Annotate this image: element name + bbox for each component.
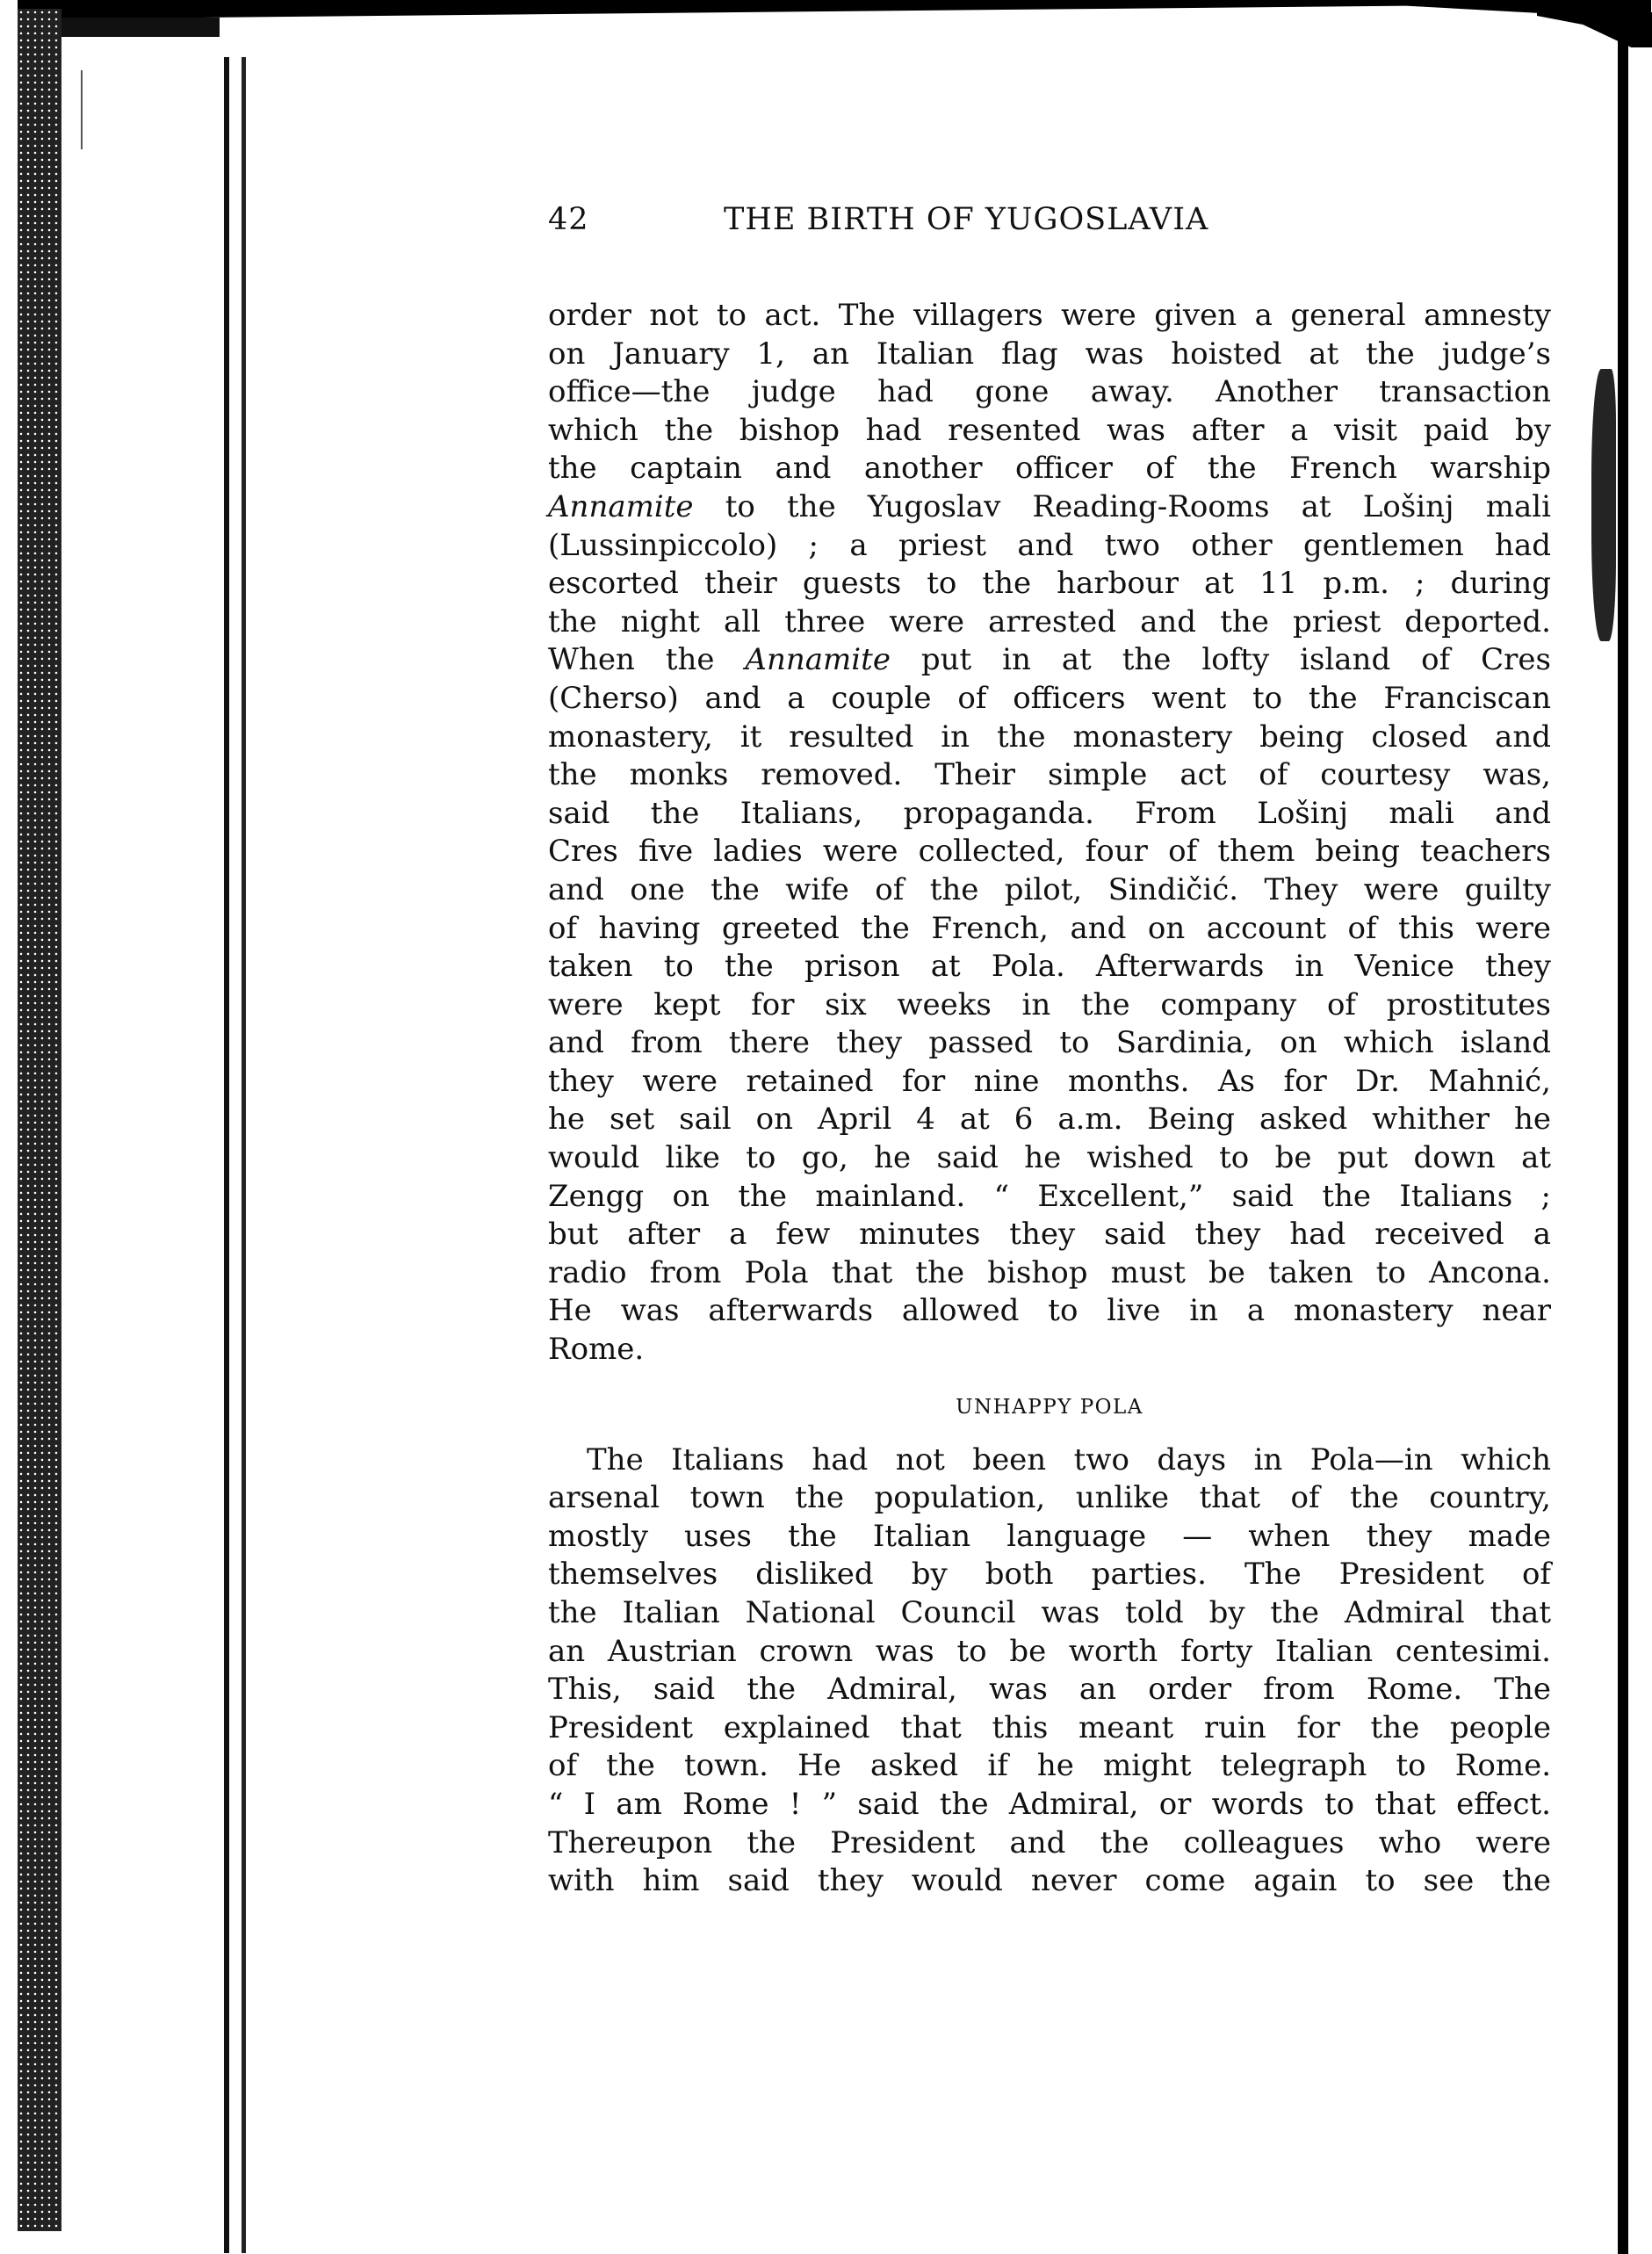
text-line: were kept for six weeks in the company o… [548,986,1551,1025]
text-line: taken to the prison at Pola. Afterwards … [548,948,1551,986]
scan-smudge [1591,369,1616,641]
scan-page-corner [1537,12,1652,47]
text-fragment: put in at the lofty island of Cres [891,642,1551,677]
text-line: and from there they passed to Sardinia, … [548,1024,1551,1063]
paragraph-2: The Italians had not been two days in Po… [548,1441,1551,1901]
scan-top-shadow [61,18,220,37]
text-line: of the town. He asked if he might telegr… [548,1747,1551,1786]
paragraph-1: order not to act. The villagers were giv… [548,297,1551,1369]
text-line: “ I am Rome ! ” said the Admiral, or wor… [548,1786,1551,1824]
scan-spine-line [224,57,229,2253]
text-line: themselves disliked by both parties. The… [548,1556,1551,1594]
text-line: President explained that this meant ruin… [548,1709,1551,1748]
text-line: arsenal town the population, unlike that… [548,1479,1551,1518]
scan-top-edge [18,0,1651,19]
ship-name-italic: Annamite [745,642,891,677]
text-line: (Cherso) and a couple of officers went t… [548,680,1551,719]
text-line: mostly uses the Italian language — when … [548,1518,1551,1557]
text-line: with him said they would never come agai… [548,1862,1551,1901]
text-line: He was afterwards allowed to live in a m… [548,1292,1551,1331]
text-line: When the Annamite put in at the lofty is… [548,641,1551,680]
text-line: office—the judge had gone away. Another … [548,373,1551,412]
text-fragment: When the [548,642,745,677]
text-line: monastery, it resulted in the monastery … [548,719,1551,757]
book-page: 42 THE BIRTH OF YUGOSLAVIA order not to … [548,202,1551,1901]
text-line: Zengg on the mainland. “ Excellent,” sai… [548,1178,1551,1217]
text-line: they were retained for nine months. As f… [548,1063,1551,1102]
text-line: This, said the Admiral, was an order fro… [548,1671,1551,1709]
scan-spine-line-inner [242,57,246,2253]
text-line: Annamite to the Yugoslav Reading-Rooms a… [548,488,1551,527]
text-line: Rome. [548,1331,1551,1369]
text-line: Cres five ladies were collected, four of… [548,833,1551,871]
text-line: the night all three were arrested and th… [548,603,1551,642]
text-line: he set sail on April 4 at 6 a.m. Being a… [548,1101,1551,1139]
text-fragment: to the Yugoslav Reading-Rooms at Lošinj … [694,489,1551,524]
text-line: the Italian National Council was told by… [548,1594,1551,1633]
scan-spine-mark [81,70,83,149]
text-line: and one the wife of the pilot, Sindičić.… [548,871,1551,910]
scan-binding-strip [18,9,61,2231]
text-line: on January 1, an Italian flag was hoiste… [548,336,1551,374]
text-line: The Italians had not been two days in Po… [548,1441,1551,1480]
text-line: escorted their guests to the harbour at … [548,565,1551,603]
running-title: THE BIRTH OF YUGOSLAVIA [724,202,1208,237]
text-line: Thereupon the President and the colleagu… [548,1824,1551,1863]
page-number: 42 [548,202,636,237]
text-line: which the bishop had resented was after … [548,412,1551,451]
scan-right-edge [1618,35,1628,2254]
text-line: an Austrian crown was to be worth forty … [548,1633,1551,1672]
text-line: the monks removed. Their simple act of c… [548,756,1551,795]
text-line: the captain and another officer of the F… [548,450,1551,488]
text-line: of having greeted the French, and on acc… [548,910,1551,949]
text-line: radio from Pola that the bishop must be … [548,1254,1551,1293]
text-line: but after a few minutes they said they h… [548,1216,1551,1254]
ship-name-italic: Annamite [548,489,694,524]
text-line: would like to go, he said he wished to b… [548,1139,1551,1178]
text-line: said the Italians, propaganda. From Loši… [548,795,1551,834]
text-line: order not to act. The villagers were giv… [548,297,1551,336]
text-line: (Lussinpiccolo) ; a priest and two other… [548,527,1551,566]
section-heading: UNHAPPY POLA [548,1396,1551,1419]
running-head: 42 THE BIRTH OF YUGOSLAVIA [548,202,1551,255]
